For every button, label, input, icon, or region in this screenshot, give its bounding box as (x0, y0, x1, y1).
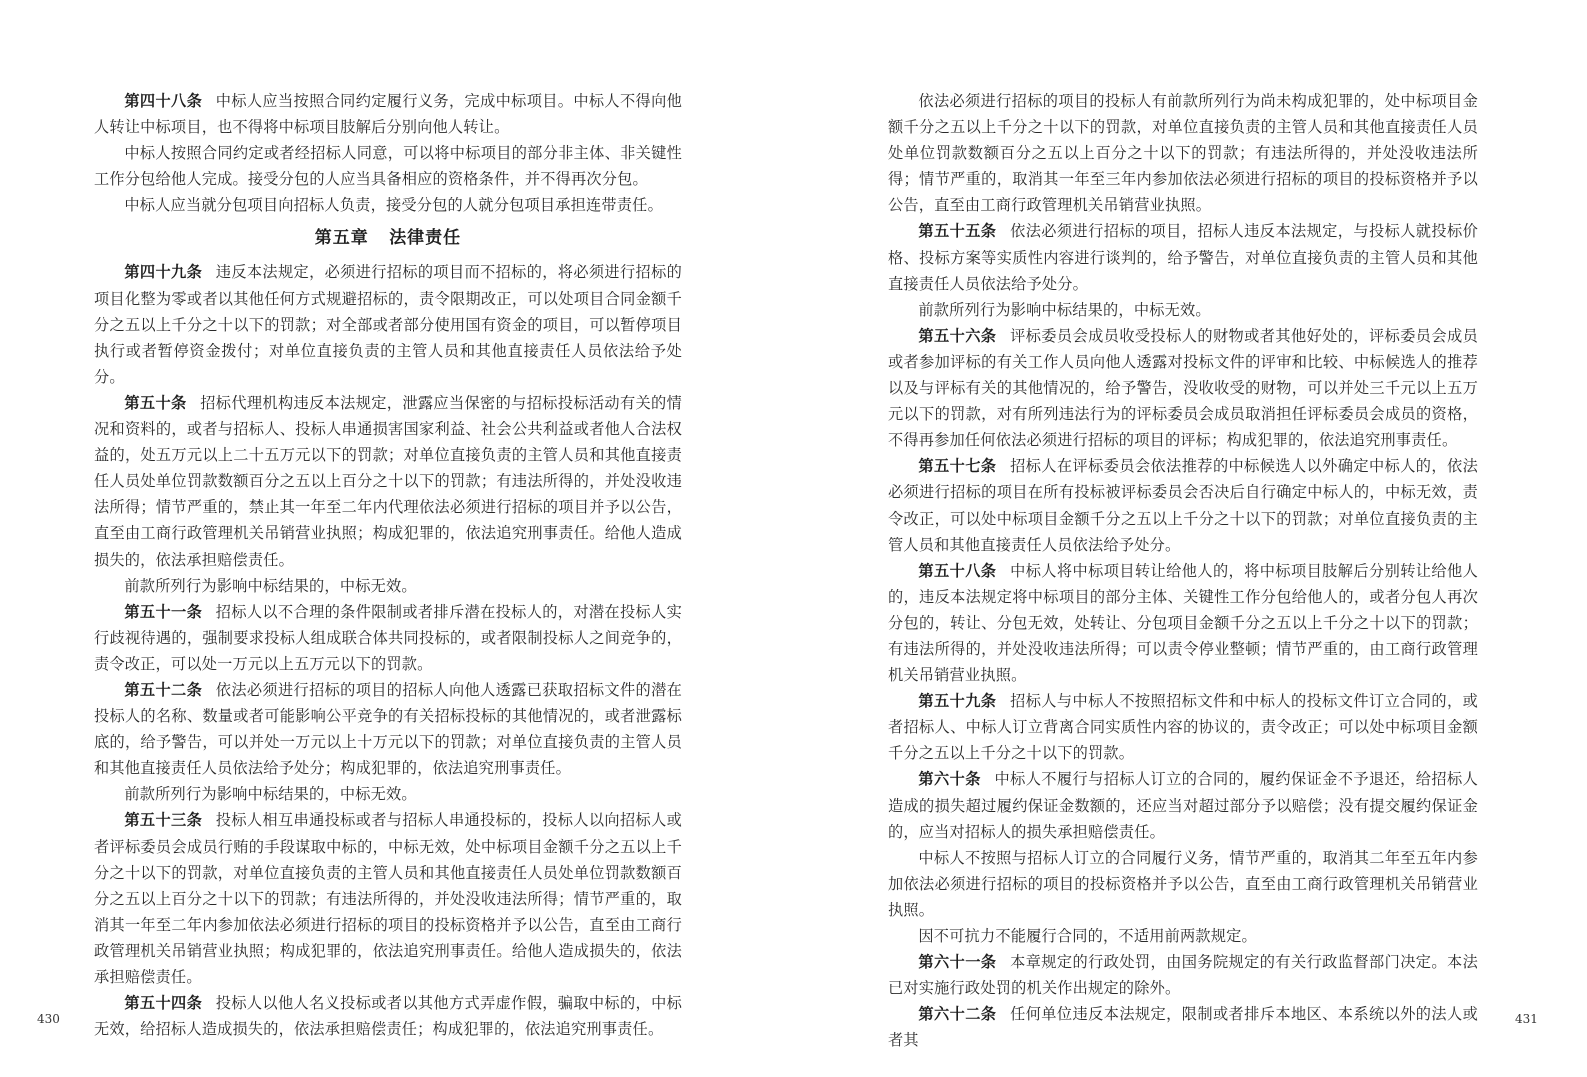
paragraph-text: 中标人将中标项目转让给他人的，将中标项目肢解后分别转让给他人的，违反本法规定将中… (888, 562, 1478, 684)
article-number: 第四十九条 (124, 263, 202, 281)
paragraph: 中标人应当就分包项目向招标人负责，接受分包的人就分包项目承担连带责任。 (94, 192, 682, 218)
article-number: 第五十六条 (918, 327, 996, 345)
article-number: 第五十七条 (918, 457, 996, 475)
paragraph: 前款所列行为影响中标结果的，中标无效。 (94, 781, 682, 807)
paragraph-text: 招标代理机构违反本法规定，泄露应当保密的与招标投标活动有关的情况和资料的，或者与… (94, 394, 682, 569)
article-number: 第五十五条 (918, 222, 996, 240)
article-number: 第六十一条 (918, 953, 996, 971)
article-number: 第五十条 (124, 394, 186, 412)
article-number: 第六十条 (918, 770, 980, 788)
article-number: 第五十一条 (124, 603, 202, 621)
paragraph-text: 前款所列行为影响中标结果的，中标无效。 (124, 785, 416, 803)
paragraph: 第四十八条中标人应当按照合同约定履行义务，完成中标项目。中标人不得向他人转让中标… (94, 88, 682, 140)
paragraph-text: 前款所列行为影响中标结果的，中标无效。 (124, 577, 416, 595)
paragraph: 中标人不按照与招标人订立的合同履行义务，情节严重的，取消其二年至五年内参加依法必… (888, 845, 1478, 923)
paragraph: 第五十七条招标人在评标委员会依法推荐的中标候选人以外确定中标人的，依法必须进行招… (888, 453, 1478, 557)
article-number: 第五十八条 (918, 562, 996, 580)
paragraph: 第五十三条投标人相互串通投标或者与招标人串通投标的，投标人以向招标人或者评标委员… (94, 807, 682, 990)
paragraph: 第四十九条违反本法规定，必须进行招标的项目而不招标的，将必须进行招标的项目化整为… (94, 259, 682, 389)
paragraph: 第六十二条任何单位违反本法规定，限制或者排斥本地区、本系统以外的法人或者其 (888, 1001, 1478, 1053)
paragraph: 前款所列行为影响中标结果的，中标无效。 (888, 297, 1478, 323)
paragraph-text: 前款所列行为影响中标结果的，中标无效。 (918, 301, 1210, 319)
paragraph: 第五十八条中标人将中标项目转让给他人的，将中标项目肢解后分别转让给他人的，违反本… (888, 558, 1478, 688)
page-number-right: 431 (1515, 1012, 1538, 1026)
left-page: 第四十八条中标人应当按照合同约定履行义务，完成中标项目。中标人不得向他人转让中标… (94, 88, 682, 1042)
paragraph-text: 评标委员会成员收受投标人的财物或者其他好处的，评标委员会成员或者参加评标的有关工… (888, 327, 1478, 449)
chapter-number: 第五章 (315, 228, 369, 248)
paragraph-text: 中标人应当就分包项目向招标人负责，接受分包的人就分包项目承担连带责任。 (124, 196, 663, 214)
paragraph: 第五十二条依法必须进行招标的项目的招标人向他人透露已获取招标文件的潜在投标人的名… (94, 677, 682, 781)
paragraph: 前款所列行为影响中标结果的，中标无效。 (94, 573, 682, 599)
paragraph: 因不可抗力不能履行合同的，不适用前两款规定。 (888, 923, 1478, 949)
paragraph: 第六十条中标人不履行与招标人订立的合同的，履约保证金不予退还，给招标人造成的损失… (888, 766, 1478, 844)
paragraph: 第五十五条依法必须进行招标的项目，招标人违反本法规定，与投标人就投标价格、投标方… (888, 218, 1478, 296)
article-number: 第五十三条 (124, 811, 202, 829)
paragraph: 第六十一条本章规定的行政处罚，由国务院规定的有关行政监督部门决定。本法已对实施行… (888, 949, 1478, 1001)
chapter-heading: 第五章法律责任 (94, 225, 682, 251)
article-number: 第六十二条 (918, 1005, 996, 1023)
paragraph: 第五十六条评标委员会成员收受投标人的财物或者其他好处的，评标委员会成员或者参加评… (888, 323, 1478, 453)
article-number: 第五十九条 (918, 692, 996, 710)
paragraph: 依法必须进行招标的项目的投标人有前款所列行为尚未构成犯罪的，处中标项目金额千分之… (888, 88, 1478, 218)
right-page: 依法必须进行招标的项目的投标人有前款所列行为尚未构成犯罪的，处中标项目金额千分之… (888, 88, 1478, 1053)
page-number-left: 430 (37, 1012, 60, 1026)
paragraph-text: 因不可抗力不能履行合同的，不适用前两款规定。 (918, 927, 1257, 945)
article-number: 第五十四条 (124, 994, 202, 1012)
paragraph: 第五十条招标代理机构违反本法规定，泄露应当保密的与招标投标活动有关的情况和资料的… (94, 390, 682, 573)
article-number: 第五十二条 (124, 681, 202, 699)
article-number: 第四十八条 (124, 92, 202, 110)
paragraph-text: 中标人不按照与招标人订立的合同履行义务，情节严重的，取消其二年至五年内参加依法必… (888, 849, 1478, 919)
paragraph-text: 依法必须进行招标的项目的投标人有前款所列行为尚未构成犯罪的，处中标项目金额千分之… (888, 92, 1478, 214)
paragraph: 第五十一条招标人以不合理的条件限制或者排斥潜在投标人的，对潜在投标人实行歧视待遇… (94, 599, 682, 677)
paragraph-text: 违反本法规定，必须进行招标的项目而不招标的，将必须进行招标的项目化整为零或者以其… (94, 263, 682, 385)
paragraph: 第五十四条投标人以他人名义投标或者以其他方式弄虚作假，骗取中标的，中标无效，给招… (94, 990, 682, 1042)
paragraph-text: 中标人按照合同约定或者经招标人同意，可以将中标项目的部分非主体、非关键性工作分包… (94, 144, 682, 188)
paragraph: 第五十九条招标人与中标人不按照招标文件和中标人的投标文件订立合同的，或者招标人、… (888, 688, 1478, 766)
chapter-title: 法律责任 (389, 228, 461, 248)
paragraph: 中标人按照合同约定或者经招标人同意，可以将中标项目的部分非主体、非关键性工作分包… (94, 140, 682, 192)
paragraph-text: 投标人相互串通投标或者与招标人串通投标的，投标人以向招标人或者评标委员会成员行贿… (94, 811, 682, 986)
